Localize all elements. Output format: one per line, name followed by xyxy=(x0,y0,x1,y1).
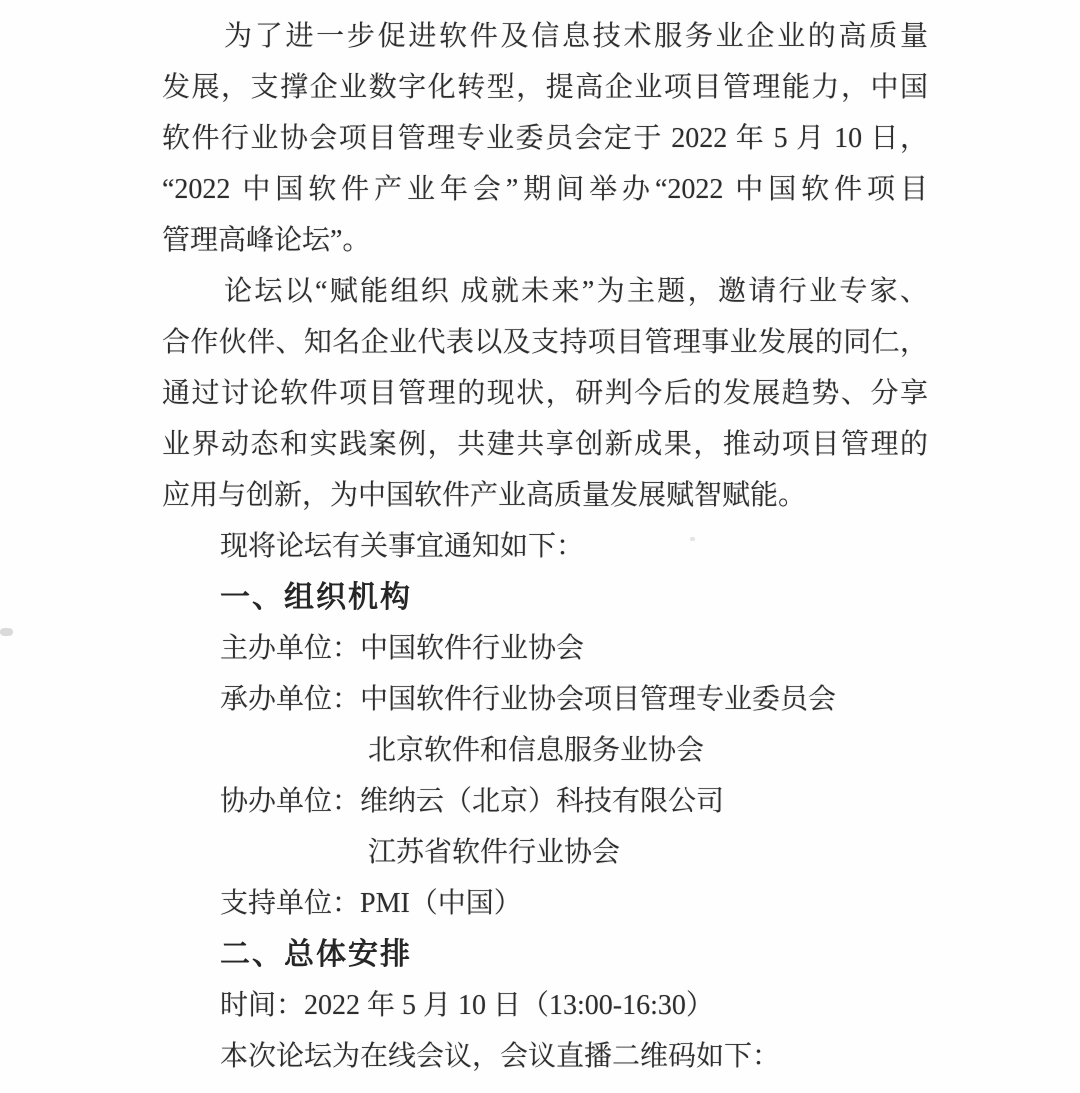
notice-intro-line: 现将论坛有关事宜通知如下： xyxy=(162,521,928,572)
paragraph1-line5: 管理高峰论坛”。 xyxy=(162,215,928,266)
online-meeting-line: 本次论坛为在线会议，会议直播二维码如下： xyxy=(162,1031,928,1082)
co-organizer-line1: 协办单位：维纳云（北京）科技有限公司 xyxy=(162,776,928,827)
paragraph1-line3: 软件行业协会项目管理专业委员会定于 2022 年 5 月 10 日， xyxy=(162,113,928,164)
host-unit-line: 主办单位：中国软件行业协会 xyxy=(162,623,928,674)
paragraph2-line3: 通过讨论软件项目管理的现状，研判今后的发展趋势、分享 xyxy=(162,368,928,419)
paragraph2-line1: 论坛以“赋能组织 成就未来”为主题，邀请行业专家、 xyxy=(162,266,928,317)
support-unit-line: 支持单位：PMI（中国） xyxy=(162,878,928,929)
section-heading-2: 二、总体安排 xyxy=(162,929,928,980)
document-page: 为了进一步促进软件及信息技术服务业企业的高质量发展，支撑企业数字化转型，提高企业… xyxy=(0,0,1080,1093)
scan-artifact-left-edge xyxy=(0,628,13,636)
section-heading-1: 一、组织机构 xyxy=(162,572,928,623)
paragraph2-line5: 应用与创新，为中国软件产业高质量发展赋智赋能。 xyxy=(162,470,928,521)
paragraph1-line1: 为了进一步促进软件及信息技术服务业企业的高质量 xyxy=(162,11,928,62)
paragraph2-line4: 业界动态和实践案例，共建共享创新成果，推动项目管理的 xyxy=(162,419,928,470)
time-line: 时间：2022 年 5 月 10 日（13:00-16:30） xyxy=(162,980,928,1031)
organizer-unit-line2: 北京软件和信息服务业协会 xyxy=(162,725,928,776)
document-body: 为了进一步促进软件及信息技术服务业企业的高质量发展，支撑企业数字化转型，提高企业… xyxy=(162,11,928,1082)
paragraph1-line2: 发展，支撑企业数字化转型，提高企业项目管理能力，中国 xyxy=(162,62,928,113)
paragraph2-line2: 合作伙伴、知名企业代表以及支持项目管理事业发展的同仁， xyxy=(162,317,928,368)
organizer-unit-line1: 承办单位：中国软件行业协会项目管理专业委员会 xyxy=(162,674,928,725)
paragraph1-line4: “2022 中国软件产业年会”期间举办“2022 中国软件项目 xyxy=(162,164,928,215)
co-organizer-line2: 江苏省软件行业协会 xyxy=(162,827,928,878)
